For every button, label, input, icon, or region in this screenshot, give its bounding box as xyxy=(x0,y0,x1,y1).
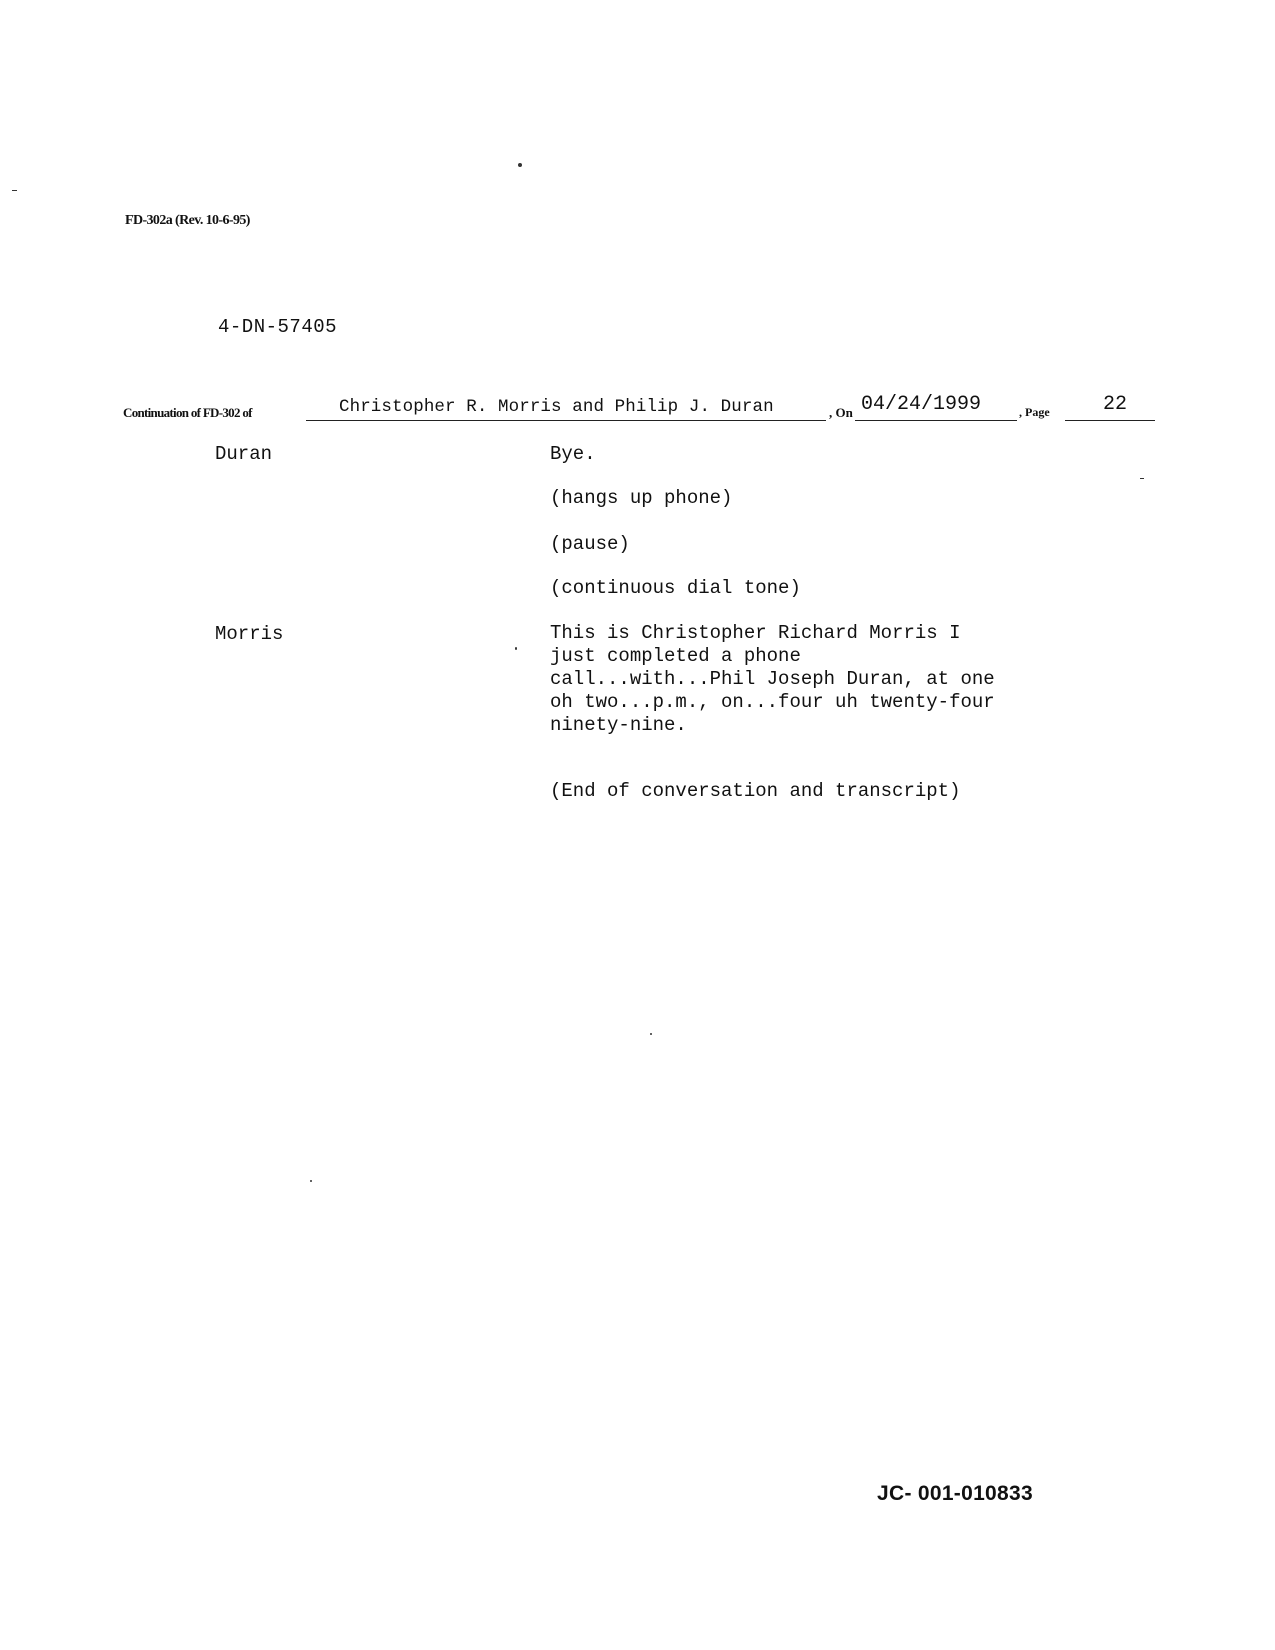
bates-number: JC- 001-010833 xyxy=(877,1482,1033,1506)
transcript-line: (hangs up phone) xyxy=(550,487,732,509)
form-id: FD-302a (Rev. 10-6-95) xyxy=(125,213,250,229)
transcript-line: (pause) xyxy=(550,533,630,555)
scan-speck xyxy=(12,190,17,191)
on-label: , On xyxy=(829,405,853,421)
scan-speck xyxy=(310,1180,312,1182)
transcript-paragraph: This is Christopher Richard Morris I jus… xyxy=(550,622,995,737)
transcript-end-note: (End of conversation and transcript) xyxy=(550,780,960,802)
transcript-line: (continuous dial tone) xyxy=(550,577,801,599)
speaker-morris: Morris xyxy=(215,623,283,645)
subject-value: Christopher R. Morris and Philip J. Dura… xyxy=(339,397,774,417)
page-label: , Page xyxy=(1019,405,1050,420)
subject-field: Christopher R. Morris and Philip J. Dura… xyxy=(306,396,826,421)
continuation-label: Continuation of FD-302 of xyxy=(123,405,252,421)
scan-speck xyxy=(650,1033,652,1035)
scan-speck xyxy=(1140,478,1144,479)
page-value: 22 xyxy=(1103,393,1127,416)
date-value: 04/24/1999 xyxy=(861,393,981,416)
scan-speck xyxy=(518,163,522,167)
speaker-duran: Duran xyxy=(215,443,272,465)
transcript-line: Bye. xyxy=(550,443,596,465)
continuation-header: Continuation of FD-302 of Christopher R.… xyxy=(123,395,1163,425)
scan-speck xyxy=(515,647,517,650)
page-field: 22 xyxy=(1065,396,1155,421)
file-number: 4-DN-57405 xyxy=(218,316,337,338)
date-field: 04/24/1999 xyxy=(855,396,1017,421)
